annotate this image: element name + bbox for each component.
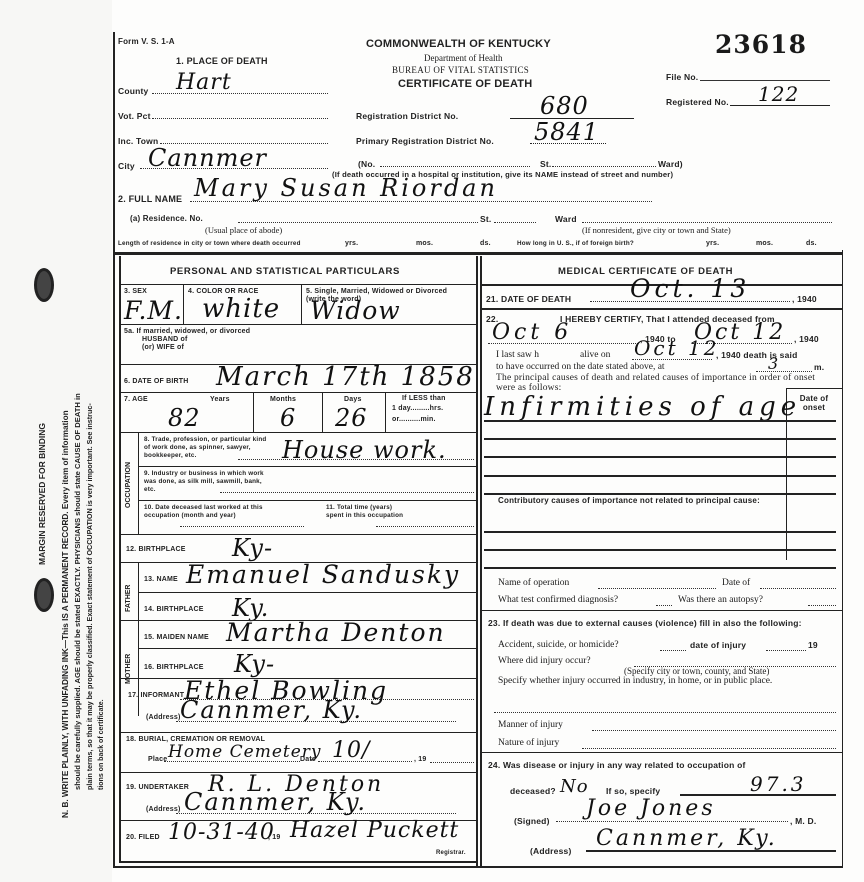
header-commonwealth: COMMONWEALTH OF KENTUCKY [366,38,551,50]
occ11-field[interactable] [376,526,474,527]
external-causes-label: 23. If death was due to external causes … [488,618,838,628]
where-injury-label: Where did injury occur? [498,656,591,666]
registered-no-field[interactable]: 122 [730,86,830,106]
spouse-label-2: HUSBAND of [142,336,188,343]
age-label: 7. AGE [124,396,148,403]
specify-industry-label: Specify whether injury occurred in indus… [498,676,838,686]
registration-district-value: 680 [540,92,589,120]
last-saw-field[interactable]: Oct 12 [632,344,712,360]
us-ds: ds. [806,240,817,247]
rule [253,392,254,432]
undertaker-address-value: Cannmer, Ky. [184,788,367,816]
occ10-field[interactable] [180,526,304,527]
city-value: Cannmer [148,144,267,172]
registration-district-field[interactable]: 680 [510,98,634,119]
rule [119,534,477,535]
rule [480,610,842,611]
address-no-field[interactable] [380,166,530,167]
physician-address-value: Cannmer, Ky. [596,826,778,851]
rule [119,392,477,393]
residence-ds: ds. [480,240,491,247]
months-label: Months [270,396,296,403]
signed-label: (Signed) [514,816,550,826]
autopsy-field[interactable] [808,605,836,606]
cause-line-5[interactable] [484,493,836,495]
deceased-label: deceased? [510,786,556,796]
full-name-field[interactable]: Mary Susan Riordan [190,178,652,202]
margin-instruction-line-4: tions on back of certificate. [96,699,108,790]
sex-label: 3. SEX [124,288,147,295]
manner-field[interactable] [592,730,836,731]
rule [385,392,386,432]
center-divider-2 [480,256,482,868]
margin-instruction-line-3: plain terms, so that it may be properly … [84,403,96,790]
occ8-field[interactable]: House work. [238,438,474,460]
residence-st-label: St. [480,214,491,224]
sex-value[interactable]: F.M. [124,296,183,325]
file-no-field[interactable] [700,80,830,81]
manner-label: Manner of injury [498,720,563,730]
rule [138,648,477,649]
form-left-border [113,32,115,868]
accident-label: Accident, suicide, or homicide? [498,640,619,650]
registrar-label: Registrar. [436,850,466,856]
margin-instruction-line-1: N. B. WRITE PLAINLY, WITH UNFADING INK—T… [60,410,72,818]
full-name-label: 2. FULL NAME [118,194,182,204]
age-months-value[interactable]: 6 [280,404,296,432]
rule [138,466,477,467]
specify-city-note: (Specify city or town, county, and State… [624,666,769,676]
filed-value[interactable]: 10-31-40 [168,820,275,845]
spouse-label-1: 5a. If married, widowed, or divorced [124,328,250,335]
accident-field[interactable] [660,650,686,651]
age-days-value[interactable]: 26 [335,404,368,432]
place-of-death-heading: 1. PLACE OF DEATH [176,56,268,66]
md-label: , M. D. [790,816,816,826]
cause-line-1[interactable] [484,420,836,422]
cause-line-2[interactable] [484,438,836,440]
operation-label: Name of operation [498,578,569,588]
test-label: What test confirmed diagnosis? [498,595,618,605]
father-side-label: FATHER [125,585,132,612]
rule [119,732,477,733]
occupation-related-label: 24. Was disease or injury in any way rel… [488,760,746,770]
file-no-label: File No. [666,72,698,82]
occ9-label: 9. Industry or business in which work wa… [144,470,274,494]
industry-field[interactable] [494,712,836,713]
if-so-field[interactable]: 97.3 [680,780,836,796]
rule [119,284,477,285]
undertaker-address-field[interactable]: Cannmer, Ky. [176,792,456,814]
registrar-value[interactable]: Hazel Puckett [290,818,459,843]
years-label: Years [210,396,230,403]
rule [138,432,139,534]
operation-date-label: Date of [722,578,750,588]
burial-date-label: Date [300,756,316,763]
attended-from-value: Oct 6 [492,320,572,345]
informant-label: 17. INFORMANT [128,692,184,699]
residence-yrs: yrs. [345,240,358,247]
form-bottom-border [113,866,843,868]
city-label: City [118,161,135,171]
birthplace-label: 12. BIRTHPLACE [126,546,186,553]
rule [119,324,477,325]
mother-birthplace-label: 16. BIRTHPLACE [144,664,204,671]
cause-line-4[interactable] [484,475,836,477]
residence-mos: mos. [416,240,433,247]
physician-address-label: (Address) [530,846,571,856]
last-saw-suffix: , 1940 death is said [716,350,797,360]
county-value: Hart [176,70,232,95]
mother-birthplace-value[interactable]: Ky- [234,650,275,678]
residence-st-field[interactable] [494,222,536,223]
injury-date-field[interactable] [766,650,806,651]
rule [138,500,477,501]
header-certificate: CERTIFICATE OF DEATH [398,78,532,90]
margin-instruction-line-2: should be carefully supplied. AGE should… [72,393,84,790]
signed-field[interactable]: Joe Jones [556,806,788,822]
filed-label: 20. FILED [126,834,160,841]
address-st-label: St. [540,159,551,169]
burial-place-value: Home Cemetery [168,742,322,762]
contributory-line-3[interactable] [484,567,836,569]
residence-label: (a) Residence. No. [130,214,203,223]
less-than-or: or..........min. [392,416,436,423]
personal-heading: PERSONAL AND STATISTICAL PARTICULARS [170,266,400,277]
occurred-time-field[interactable]: 3 [756,362,812,372]
occurred-time-value: 3 [768,354,779,373]
birthplace-value[interactable]: Ky- [232,534,273,562]
attended-to-year: , 1940 [794,334,819,344]
mother-name-label: 15. MAIDEN NAME [144,634,209,641]
dob-value[interactable]: March 17th 1858 [216,362,475,392]
informant-address-value: Cannmer, Ky. [180,696,363,724]
residence-no-field[interactable] [238,222,478,223]
form-number: Form V. S. 1-A [118,37,175,46]
us-yrs: yrs. [706,240,719,247]
residence-ward-label: Ward [555,214,577,224]
filed-year-label: , 19 [268,834,280,841]
rule [119,432,477,433]
injury-date-label: date of injury [690,640,746,650]
occupation-side-label: OCCUPATION [125,462,132,508]
burial-date-value: 10/ [332,738,370,763]
left-col-bottom [119,861,477,863]
header-bureau: BUREAU OF VITAL STATISTICS [392,65,529,75]
occ9-field[interactable] [220,492,474,493]
occurred-text: to have occurred on the date stated abov… [496,362,665,372]
length-residence-label: Length of residence in city or town wher… [118,240,301,247]
nonresident-note: (If nonresident, give city or town and S… [582,225,731,235]
less-than-day: 1 day.........hrs. [392,405,443,412]
nature-field[interactable] [582,748,836,749]
burial-date-field[interactable]: 10/ [318,746,412,762]
rule [138,592,477,593]
address-st-field[interactable] [552,166,656,167]
date-of-death-year: , 1940 [792,294,817,304]
age-years-value[interactable]: 82 [168,404,201,432]
burial-year-label: , 19 [414,756,426,763]
margin-reserved-text: MARGIN RESERVED FOR BINDING [36,423,48,565]
rule [301,284,302,324]
occ11-label: 11. Total time (years) spent in this occ… [326,504,406,520]
registered-no-label: Registered No. [666,97,729,107]
test-field[interactable] [656,605,672,606]
header-department: Department of Health [424,53,502,63]
occurred-suffix: m. [814,362,824,372]
last-saw-value: Oct 12 [634,336,719,360]
primary-registration-value: 5841 [534,118,599,146]
contributory-line-2[interactable] [484,549,836,551]
father-name-value[interactable]: Emanuel Sandusky [186,560,460,589]
days-label: Days [344,396,362,403]
cause-line-3[interactable] [484,456,836,458]
how-long-us-label: How long in U. S., if of foreign birth? [517,240,634,247]
if-so-label: If so, specify [606,786,660,796]
occ10-label: 10. Date deceased last worked at this oc… [144,504,274,520]
rule [786,388,842,389]
attended-from-field[interactable]: Oct 6 [488,326,638,344]
rule [183,284,184,324]
county-label: County [118,86,148,96]
registered-no-value: 122 [758,82,799,106]
last-saw-prefix: I last saw h [496,350,539,360]
primary-registration-label: Primary Registration District No. [356,136,494,146]
rule [480,752,842,753]
county-field[interactable]: Hart [152,72,328,94]
undertaker-label: 19. UNDERTAKER [126,784,189,791]
deceased-value[interactable]: No [560,776,589,797]
father-birthplace-label: 14. BIRTHPLACE [144,606,204,613]
occ8-value: House work. [282,436,447,464]
injury-year-label: 19 [808,640,818,650]
operation-field[interactable] [598,588,716,589]
section-divider [113,252,843,255]
color-value[interactable]: white [202,294,280,324]
usual-place-note: (Usual place of abode) [205,225,282,235]
vot-pct-field[interactable] [152,118,328,119]
certificate-number: 23618 [715,30,807,59]
signed-value: Joe Jones [586,796,716,821]
father-name-label: 13. NAME [144,576,178,583]
operation-date-field[interactable] [760,588,836,589]
contributory-label: Contributory causes of importance not re… [498,496,788,505]
spouse-label-3: (or) WIFE of [142,344,184,351]
informant-address-field[interactable]: Cannmer, Ky. [176,700,456,722]
burial-place-field[interactable]: Home Cemetery [164,746,300,762]
mother-side-label: MOTHER [125,654,132,684]
address-ward-label: Ward) [658,159,683,169]
date-of-death-label: 21. DATE OF DEATH [486,294,571,304]
form-right-border [842,250,843,868]
autopsy-label: Was there an autopsy? [678,595,763,605]
full-name-value: Mary Susan Riordan [194,174,498,202]
binding-hole-bottom [34,578,54,612]
rule [322,392,323,432]
us-mos: mos. [756,240,773,247]
principal-causes-text: The principal causes of death and relate… [496,373,836,393]
nature-label: Nature of injury [498,738,559,748]
primary-registration-field[interactable]: 5841 [530,124,606,144]
less-than-label: If LESS than [402,395,446,402]
mother-name-value[interactable]: Martha Denton [226,618,446,647]
physician-address-field[interactable]: Cannmer, Ky. [586,836,836,852]
vot-pct-label: Vot. Pct [118,111,151,121]
address-no-label: (No. [358,159,375,169]
residence-ward-field[interactable] [582,222,832,223]
date-of-death-field[interactable]: Oct. 13 [590,280,790,302]
date-of-death-value: Oct. 13 [630,274,750,303]
registration-district-label: Registration District No. [356,111,458,121]
last-saw-mid: alive on [580,350,610,360]
city-field[interactable]: Cannmer [140,146,328,169]
contributory-line-1[interactable] [484,531,836,533]
cause-1-value[interactable]: Infirmities of age [484,392,801,422]
if-so-value: 97.3 [750,772,807,796]
binding-hole-top [34,268,54,302]
marital-value[interactable]: Widow [310,296,401,325]
rule [480,308,842,310]
burial-year-field[interactable] [430,762,474,763]
dob-label: 6. DATE OF BIRTH [124,378,189,385]
